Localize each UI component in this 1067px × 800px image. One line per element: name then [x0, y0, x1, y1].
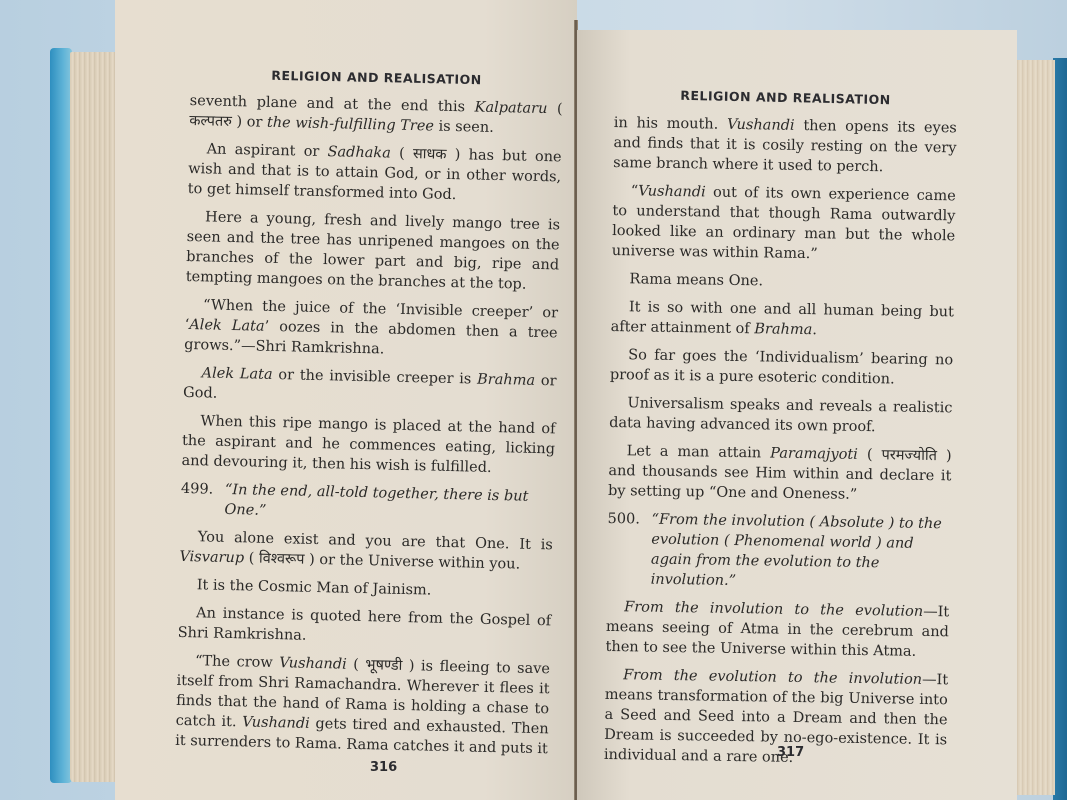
quote-number: 500.: [607, 509, 652, 590]
book-cover-right: [1053, 58, 1067, 800]
running-head: RELIGION AND REALISATION: [190, 66, 563, 89]
paragraph: An aspirant or Sadhaka ( साधक ) has but …: [188, 139, 562, 207]
paragraph: “Vushandi out of its own experience came…: [612, 181, 956, 266]
paragraph: Rama means One.: [611, 269, 954, 294]
quote-number: 499.: [180, 479, 225, 520]
paragraph: in his mouth. Vushandi then opens its ey…: [613, 113, 957, 178]
book-cover-left: [50, 48, 72, 783]
paragraph: When this ripe mango is placed at the ha…: [181, 411, 555, 479]
right-page-text: in his mouth. Vushandi then opens its ey…: [604, 113, 957, 770]
paragraph: Here a young, fresh and lively mango tre…: [186, 207, 561, 295]
numbered-quote: 499. “In the end, all-told together, the…: [180, 479, 554, 527]
running-head: RELIGION AND REALISATION: [614, 86, 957, 108]
paragraph: seventh plane and at the end this Kalpat…: [189, 91, 563, 139]
numbered-quote: 500. “From the involution ( Absolute ) t…: [607, 509, 951, 594]
page-edges-left: [70, 52, 118, 782]
page-number: 317: [777, 745, 804, 760]
page-edges-right: [1013, 60, 1055, 795]
paragraph: From the involution to the evolution—It …: [605, 597, 949, 662]
paragraph: “The crow Vushandi ( भूषण्डी ) is fleein…: [175, 651, 550, 759]
paragraph: It is the Cosmic Man of Jainism.: [179, 575, 552, 603]
paragraph: “When the juice of the ‘Invisible creepe…: [184, 295, 558, 363]
page-number: 316: [370, 760, 397, 775]
paragraph: Let a man attain Paramajyoti ( परमज्योति…: [608, 441, 952, 506]
paragraph: You alone exist and you are that One. It…: [179, 527, 553, 575]
paragraph: An instance is quoted here from the Gosp…: [177, 603, 551, 651]
quote-text: “In the end, all-told together, there is…: [224, 480, 554, 527]
quote-text: “From the involution ( Absolute ) to the…: [651, 510, 951, 595]
paragraph: It is so with one and all human being bu…: [610, 297, 954, 342]
left-page: RELIGION AND REALISATION seventh plane a…: [115, 0, 577, 800]
paragraph: Universalism speaks and reveals a realis…: [609, 393, 953, 438]
left-page-text: seventh plane and at the end this Kalpat…: [175, 91, 563, 759]
paragraph: Alek Lata or the invisible creeper is Br…: [183, 363, 557, 411]
right-page: RELIGION AND REALISATION in his mouth. V…: [577, 30, 1017, 800]
paragraph: So far goes the ‘Individualism’ bearing …: [610, 345, 954, 390]
